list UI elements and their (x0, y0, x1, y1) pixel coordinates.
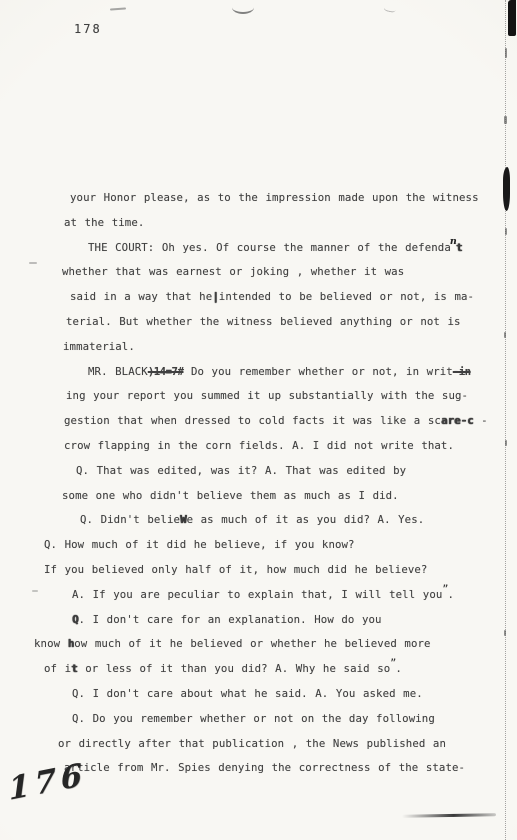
transcript-body: your Honor please, as to the impression … (0, 186, 517, 781)
text-segment: or directly after that publication , the… (58, 737, 446, 750)
text-segment-smudge: are-c (441, 414, 474, 427)
text-segment: A. If you are peculiar to explain that, … (72, 588, 442, 601)
scan-smudge (232, 1, 254, 14)
text-line: Q. That was edited, was it? A. That was … (0, 459, 517, 484)
text-line: gestion that when dressed to cold facts … (0, 409, 517, 434)
text-segment: whether that was earnest or joking , whe… (62, 265, 404, 278)
text-line: at the time. (0, 211, 517, 236)
typed-page-number: 178 (74, 22, 102, 36)
text-segment: intended to be believed or not, is ma- (219, 290, 474, 303)
text-segment: . (447, 588, 454, 601)
text-segment: If you believed only half of it, how muc… (44, 563, 427, 576)
text-segment-sup: n (450, 236, 457, 247)
text-segment: ing your report you summed it up substan… (66, 389, 468, 402)
text-line: terial. But whether the witness believed… (0, 310, 517, 335)
text-segment: of i (44, 662, 71, 675)
text-segment: gestion that when dressed to cold facts … (64, 414, 441, 427)
scan-smudge (383, 3, 396, 13)
text-line: know how much of it he believed or wheth… (0, 632, 517, 657)
text-segment-strike: )14=7# (148, 365, 184, 378)
text-segment: - (474, 414, 488, 427)
text-segment: MR. BLACK (88, 365, 148, 378)
text-line: immaterial. (0, 335, 517, 360)
text-segment: THE COURT: Oh yes. Of course the manner … (88, 241, 451, 254)
text-segment: some one who didn't believe them as much… (62, 489, 399, 502)
text-line: Q. I don't care for an explanation. How … (0, 608, 517, 633)
text-segment: Q. Didn't belie (80, 513, 180, 526)
text-line: THE COURT: Oh yes. Of course the manner … (0, 236, 517, 261)
text-segment: . I don't care for an explanation. How d… (79, 613, 382, 626)
text-segment: terial. But whether the witness believed… (66, 315, 461, 328)
text-line: some one who didn't believe them as much… (0, 484, 517, 509)
text-segment-supmark: ” (442, 584, 447, 595)
text-line: Q. How much of it did he believe, if you… (0, 533, 517, 558)
text-segment: Q. That was edited, was it? A. That was … (76, 464, 406, 477)
text-line: whether that was earnest or joking , whe… (0, 260, 517, 285)
text-line: of it or less of it than you did? A. Why… (0, 657, 517, 682)
text-segment: or less of it than you did? A. Why he sa… (78, 662, 391, 675)
text-line: or directly after that publication , the… (0, 732, 517, 757)
text-segment: said in a way that he (70, 290, 212, 303)
text-segment-supmark: ” (390, 658, 395, 669)
text-segment: know (34, 637, 68, 650)
text-segment: immaterial. (63, 340, 135, 353)
text-line: If you believed only half of it, how muc… (0, 558, 517, 583)
scan-streak-bottom (402, 813, 496, 818)
text-line: Q. Didn't belieWe as much of it as you d… (0, 508, 517, 533)
text-segment: article from Mr. Spies denying the corre… (64, 761, 465, 774)
text-segment-strike: -in (453, 365, 471, 378)
text-line: Q. Do you remember whether or not on the… (0, 707, 517, 732)
text-line: crow flapping in the corn fields. A. I d… (0, 434, 517, 459)
text-segment: Q. How much of it did he believe, if you… (44, 538, 355, 551)
text-segment: your Honor please, as to the impression … (70, 191, 479, 204)
ink-blot-top-right (508, 0, 516, 36)
text-segment: crow flapping in the corn fields. A. I d… (64, 439, 454, 452)
text-line: ing your report you summed it up substan… (0, 384, 517, 409)
text-segment: at the time. (64, 216, 144, 229)
text-segment: . (395, 662, 402, 675)
text-segment: e as much of it as you did? A. Yes. (187, 513, 425, 526)
text-line: your Honor please, as to the impression … (0, 186, 517, 211)
text-line: A. If you are peculiar to explain that, … (0, 583, 517, 608)
scanned-transcript-page: 178 your Honor please, as to the impress… (0, 0, 517, 840)
scan-smudge (110, 7, 126, 10)
text-segment: Do you remember whether or not, in writ (183, 365, 452, 378)
text-line: Q. I don't care about what he said. A. Y… (0, 682, 517, 707)
text-line: MR. BLACK)14=7# Do you remember whether … (0, 360, 517, 385)
edge-mark (505, 48, 507, 58)
edge-mark (504, 116, 507, 124)
text-segment: Q. I don't care about what he said. A. Y… (72, 687, 423, 700)
text-segment: Q. Do you remember whether or not on the… (72, 712, 435, 725)
text-segment: ow much of it he believed or whether he … (74, 637, 430, 650)
text-line: said in a way that he|intended to be bel… (0, 285, 517, 310)
